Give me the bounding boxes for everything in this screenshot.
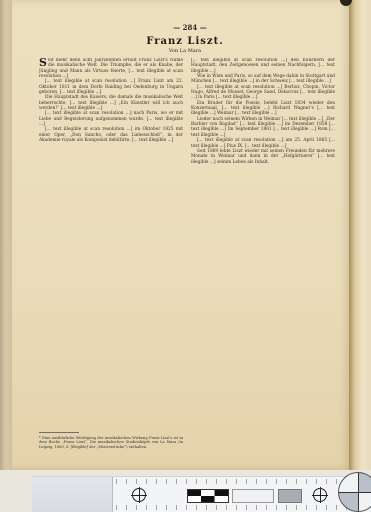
paragraph: [... text illegible at scan resolution .… [191,138,335,149]
paragraph: Ein Bruder für die Poesie, belebt Liszt … [191,101,335,117]
ruler-ticks-bottom [116,505,356,510]
paragraph: Wie in Wien und Paris, so auf dem Wege d… [191,74,335,85]
white-patch [232,489,274,503]
drop-cap: S [39,58,47,68]
paragraph: [... text illegible at scan resolution .… [39,111,183,127]
paragraph: [... text illegible at scan resolution .… [39,127,183,143]
checkerboard-patch [187,489,229,503]
article-byline: Von La Mara [100,48,270,54]
paragraph: Lieder nach seinem Wirken in Weimar [...… [191,117,335,138]
left-column: Seit mehr denn acht Jahrzehnten erfüllt … [39,58,183,420]
paragraph: [... text illegible at scan resolution .… [191,85,335,101]
footnote-divider [39,432,79,433]
ruler-clear-section [32,477,113,512]
quadrant-target-icon [338,472,371,512]
paragraph: [... text illegible at scan resolution .… [191,58,335,74]
page-number: — 284 — [150,23,230,32]
crosshair-icon [313,488,327,502]
paragraph: Die Hauptstadt des Kaisers, die damals d… [39,95,183,111]
book-right-edge [349,0,371,470]
crosshair-icon [132,488,146,502]
calibration-ruler [32,476,371,512]
paragraph: Seit mehr denn acht Jahrzehnten erfüllt … [39,58,183,79]
ruler-ticks-top [116,479,356,484]
paragraph: Seit 1869 lebte Liszt wieder mit seinen … [191,149,335,165]
article-title: Franz Liszt. [100,36,270,47]
paragraph: [... text illegible at scan resolution .… [39,79,183,95]
gray-patch [278,489,302,503]
right-column: [... text illegible at scan resolution .… [191,58,335,420]
footnote: * Eine ausführliche Würdigung der musika… [39,436,183,449]
